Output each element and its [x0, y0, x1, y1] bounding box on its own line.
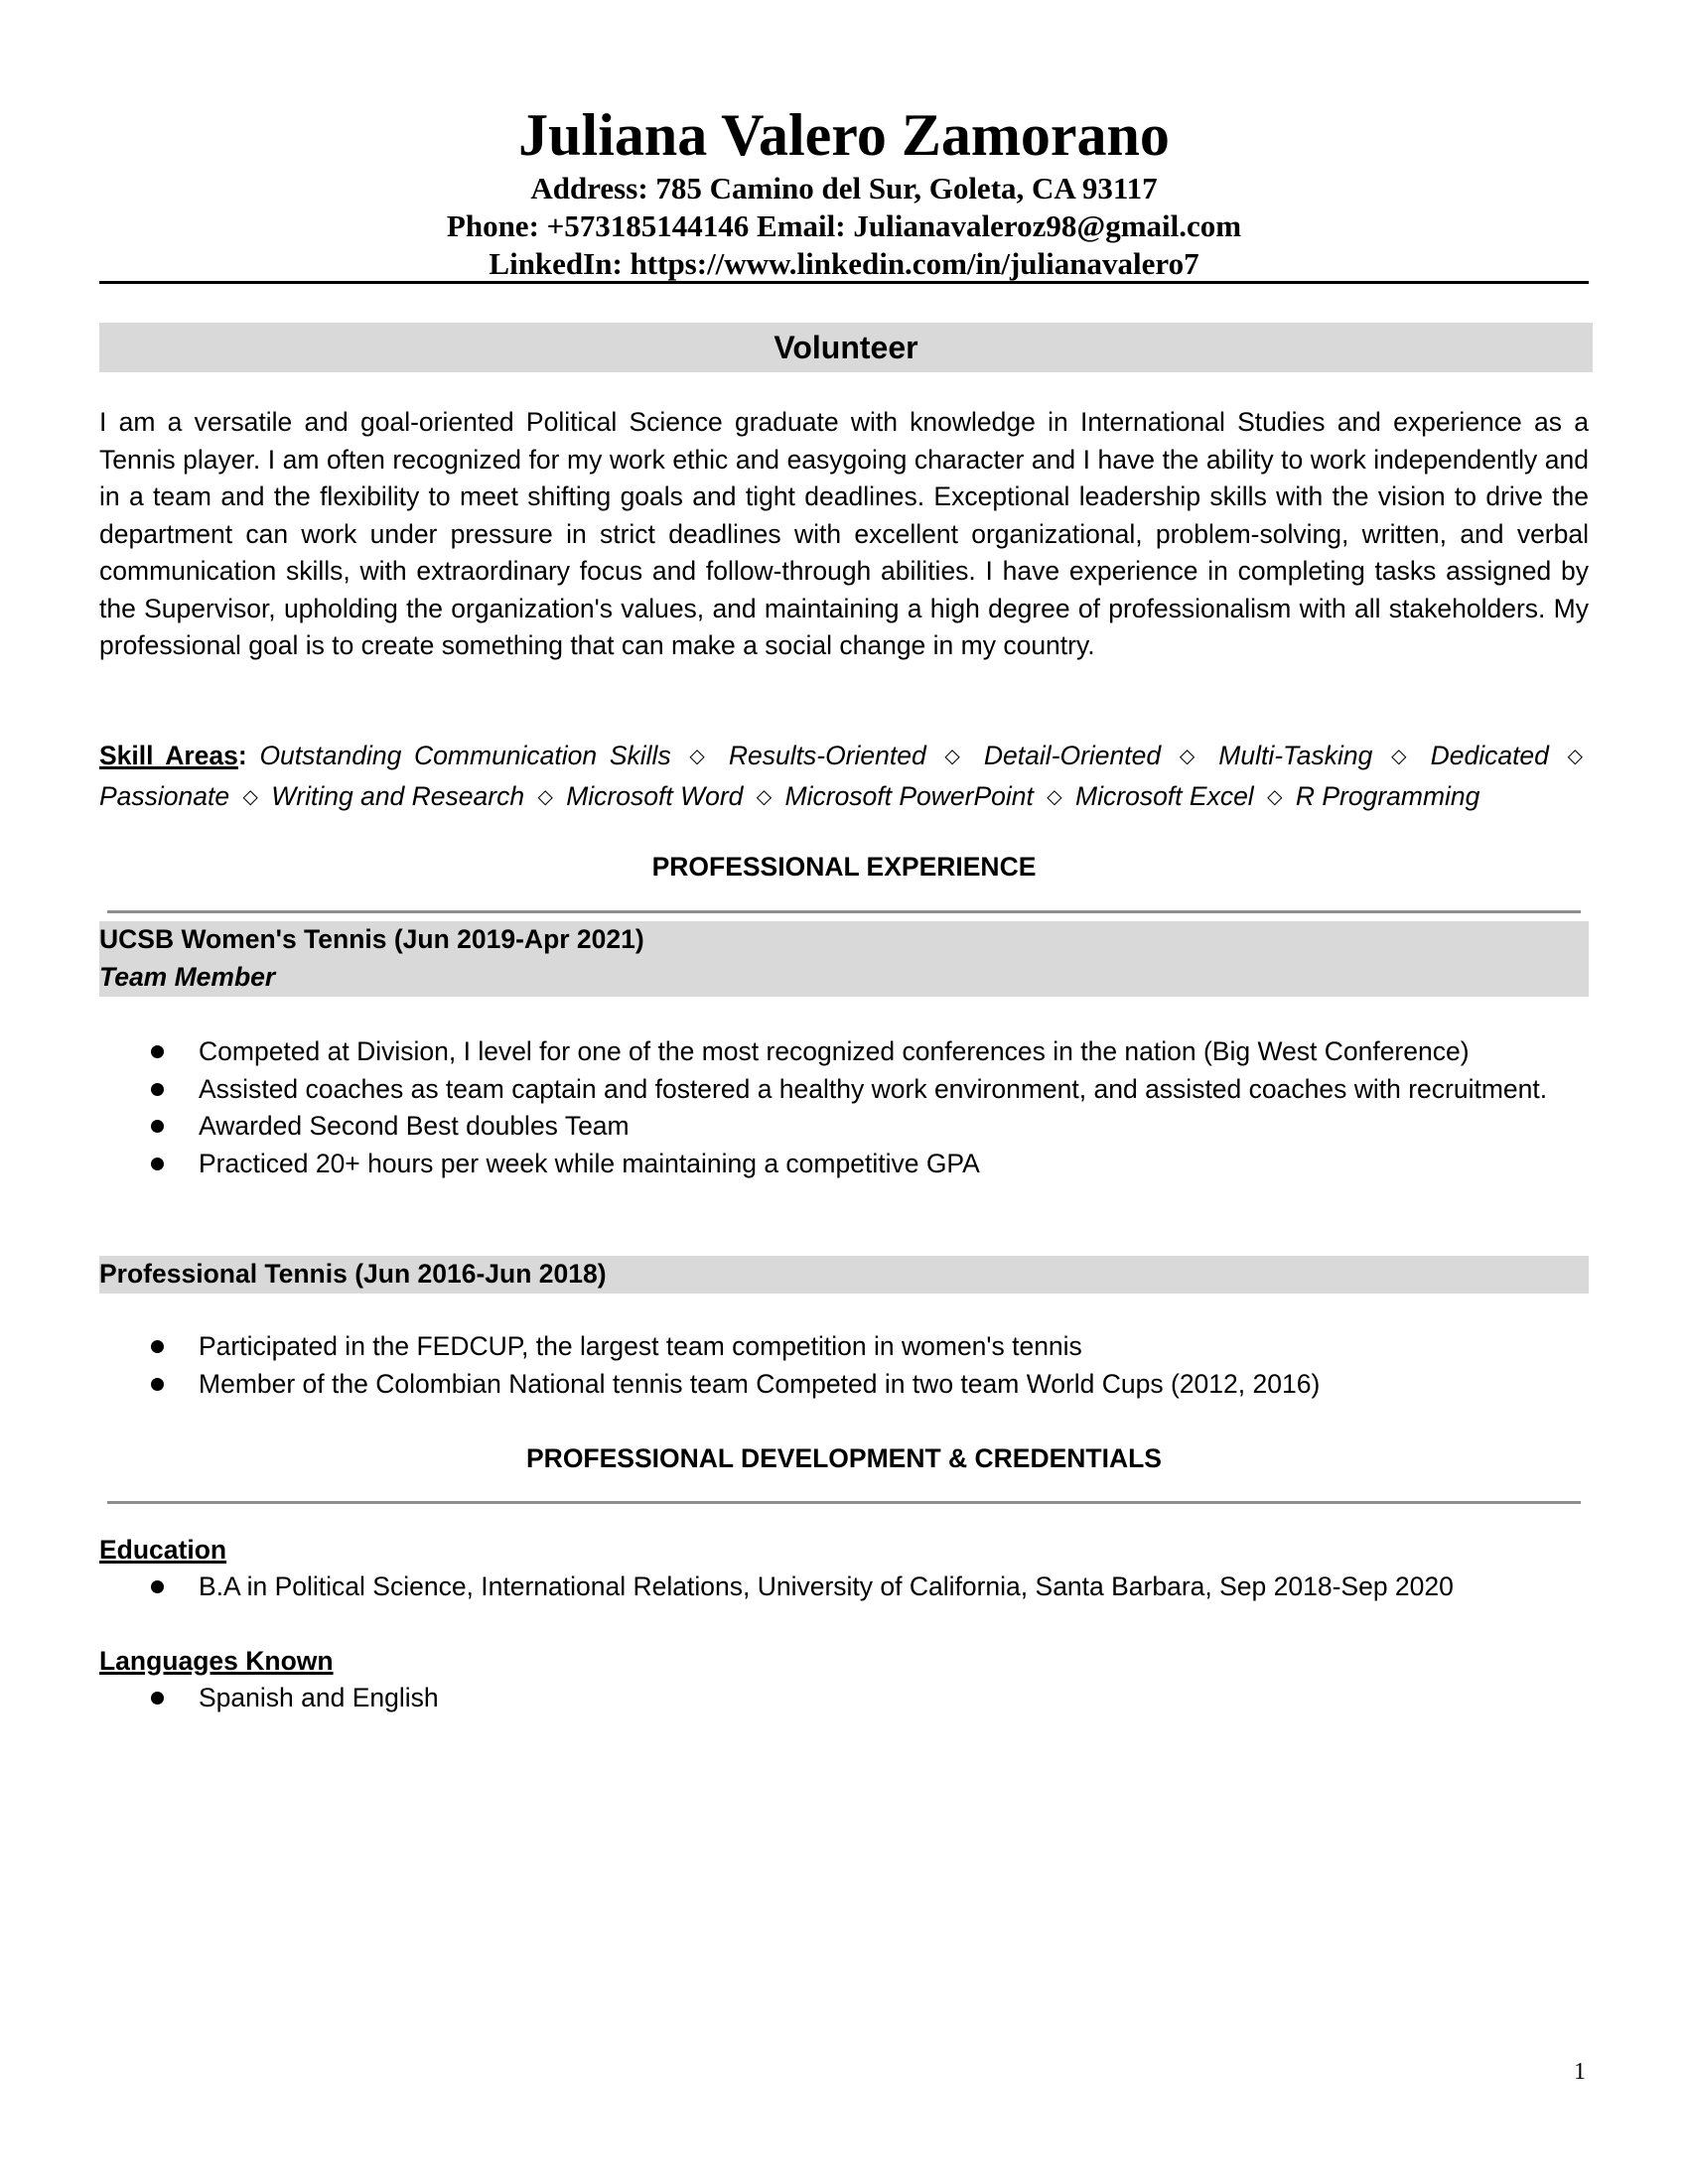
skill-areas-colon: : — [238, 741, 247, 770]
candidate-name: Juliana Valero Zamorano — [0, 99, 1688, 171]
bullet-icon — [151, 1120, 164, 1133]
job-bullets-professional-tennis: Participated in the FEDCUP, the largest … — [99, 1328, 1589, 1403]
skill-item: Dedicated — [1431, 741, 1549, 770]
skill-item: Writing and Research — [271, 781, 524, 811]
list-item: Awarded Second Best doubles Team — [99, 1108, 1589, 1146]
linkedin-line: LinkedIn: https://www.linkedin.com/in/ju… — [0, 245, 1688, 283]
bullet-icon — [151, 1692, 164, 1705]
bullet-icon — [151, 1045, 164, 1058]
section-title-experience: PROFESSIONAL EXPERIENCE — [0, 849, 1688, 885]
section-title-development: PROFESSIONAL DEVELOPMENT & CREDENTIALS — [0, 1440, 1688, 1476]
diamond-separator-icon: ◇ — [1562, 746, 1589, 767]
objective-banner: Volunteer — [99, 323, 1593, 372]
diamond-separator-icon: ◇ — [938, 746, 971, 767]
skill-item: Detail-Oriented — [984, 741, 1161, 770]
diamond-separator-icon: ◇ — [237, 786, 264, 808]
skill-item: Microsoft Excel — [1075, 781, 1254, 811]
list-item: B.A in Political Science, International … — [99, 1569, 1589, 1606]
skill-areas-label: Skill Areas — [99, 741, 238, 770]
list-item: Assisted coaches as team captain and fos… — [99, 1071, 1589, 1109]
list-item: Member of the Colombian National tennis … — [99, 1366, 1589, 1404]
skill-item: R Programming — [1296, 781, 1480, 811]
address-line: Address: 785 Camino del Sur, Goleta, CA … — [0, 170, 1688, 207]
skill-item: Outstanding Communication Skills — [259, 741, 670, 770]
languages-heading: Languages Known — [99, 1643, 334, 1681]
job-heading: UCSB Women's Tennis (Jun 2019-Apr 2021) — [99, 921, 1589, 959]
list-item: Competed at Division, I level for one of… — [99, 1033, 1589, 1071]
bullet-icon — [151, 1580, 164, 1593]
diamond-separator-icon: ◇ — [1385, 746, 1418, 767]
section-divider-development — [107, 1501, 1581, 1504]
bullet-icon — [151, 1340, 164, 1353]
header-divider — [99, 281, 1589, 284]
objective-title: Volunteer — [99, 323, 1593, 372]
list-item: Spanish and English — [99, 1680, 1589, 1717]
diamond-separator-icon: ◇ — [1174, 746, 1206, 767]
skill-item: Microsoft PowerPoint — [785, 781, 1034, 811]
bullet-icon — [151, 1158, 164, 1170]
phone-email-line: Phone: +573185144146 Email: Julianavaler… — [0, 207, 1688, 245]
languages-list: Spanish and English — [99, 1680, 1589, 1717]
bullet-icon — [151, 1083, 164, 1096]
skill-item: Results-Oriented — [729, 741, 926, 770]
list-item: Participated in the FEDCUP, the largest … — [99, 1328, 1589, 1366]
skill-item: Passionate — [99, 781, 229, 811]
job-heading: Professional Tennis (Jun 2016-Jun 2018) — [99, 1256, 1589, 1294]
section-divider-experience — [107, 910, 1581, 913]
diamond-separator-icon: ◇ — [751, 786, 777, 808]
summary-paragraph: I am a versatile and goal-oriented Polit… — [99, 404, 1589, 665]
job-role: Team Member — [99, 959, 1589, 997]
job-bullets-ucsb: Competed at Division, I level for one of… — [99, 1033, 1589, 1182]
skill-areas-list: Outstanding Communication Skills ◇ Resul… — [99, 741, 1589, 811]
job-header-professional-tennis: Professional Tennis (Jun 2016-Jun 2018) — [99, 1256, 1589, 1294]
skill-areas: Skill Areas: Outstanding Communication S… — [99, 738, 1589, 818]
diamond-separator-icon: ◇ — [531, 786, 558, 808]
education-heading: Education — [99, 1532, 226, 1570]
skill-item: Multi-Tasking — [1218, 741, 1372, 770]
page-number: 1 — [1574, 2057, 1586, 2087]
diamond-separator-icon: ◇ — [1041, 786, 1067, 808]
diamond-separator-icon: ◇ — [683, 746, 716, 767]
list-item: Practiced 20+ hours per week while maint… — [99, 1146, 1589, 1183]
education-list: B.A in Political Science, International … — [99, 1569, 1589, 1606]
skill-item: Microsoft Word — [566, 781, 743, 811]
job-header-ucsb: UCSB Women's Tennis (Jun 2019-Apr 2021) … — [99, 921, 1589, 997]
bullet-icon — [151, 1378, 164, 1391]
diamond-separator-icon: ◇ — [1261, 786, 1288, 808]
